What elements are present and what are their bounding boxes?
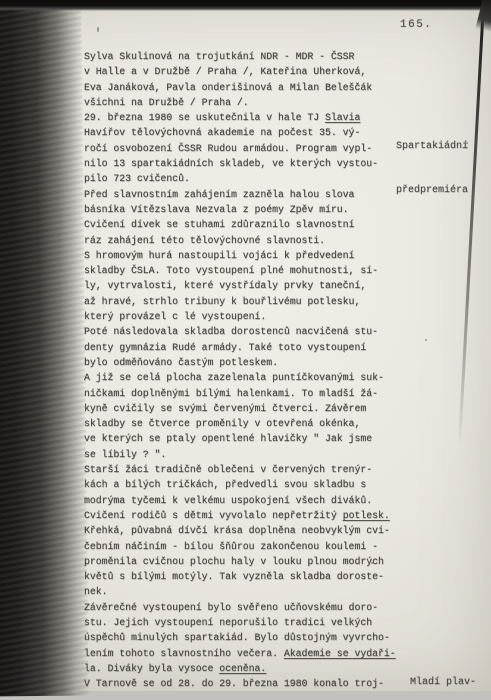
text-segment: lením tohoto slavnostního večera. bbox=[84, 648, 284, 659]
scan-top-edge bbox=[0, 0, 491, 11]
text-line: ly, vytrvalosti, které vystřídaly prvky … bbox=[84, 278, 414, 293]
scan-speck bbox=[371, 562, 373, 564]
text-line: skladby se čtverce proměnily v otevřená … bbox=[84, 416, 414, 431]
underlined-text-segment: oceněna. bbox=[219, 663, 266, 674]
scan-speck bbox=[425, 339, 427, 341]
text-line: denty gymnázia Rudé armády. Také toto vy… bbox=[84, 340, 414, 355]
text-segment: la. Diváky byla vysoce bbox=[84, 663, 219, 674]
text-line: nilo 13 spartakiádních skladeb, ve který… bbox=[84, 156, 414, 171]
text-line: kyně cvičily se svými červenými čtverci.… bbox=[84, 401, 414, 416]
text-line: se líbily ? ". bbox=[84, 447, 414, 462]
text-line: všichni na Družbě / Praha /. bbox=[84, 95, 414, 110]
text-line: ročí osvobození ČSSR Rudou armádou. Prog… bbox=[84, 141, 414, 156]
text-line: pilo 723 cvičenců. bbox=[84, 171, 414, 186]
text-line: který provázel c lé vystoupení. bbox=[84, 309, 414, 324]
text-line: až hravé, strhlo tribuny k bouřlivému po… bbox=[84, 294, 414, 309]
text-line: Závěrečné vystoupení bylo svěřeno učňovs… bbox=[84, 600, 414, 615]
text-line: Před slavnostním zahájením zazněla halou… bbox=[84, 187, 414, 202]
margin-note-spartakiada: Spartakiádní předpremiéra bbox=[396, 111, 468, 228]
text-line: úspěchů minulých spartakiád. Bylo důstoj… bbox=[84, 630, 414, 645]
body-text: Sylva Skulinová na trojutkání NDR - MDR … bbox=[84, 49, 414, 691]
underlined-text-segment: Akademie se vydaři- bbox=[284, 648, 396, 659]
text-line: A již se celá plocha zazelenala puntíčko… bbox=[84, 370, 414, 385]
text-line: Cvičení dívek se stuhami zdůraznilo slav… bbox=[84, 217, 414, 232]
text-line: Křehká, půvabná dívčí krása doplněna neo… bbox=[84, 523, 414, 538]
underlined-text-segment: potlesk. bbox=[343, 510, 390, 521]
text-line: S hromovým hurá nastoupili vojáci k před… bbox=[84, 248, 414, 263]
text-line: čebním náčiním - bílou šňůrou zakončenou… bbox=[84, 539, 414, 554]
scan-speck bbox=[466, 142, 468, 144]
text-line: Havířov tělovýchovná akademie na počest … bbox=[84, 125, 414, 140]
margin-note-line: Spartakiádní bbox=[396, 140, 468, 155]
text-line: la. Diváky byla vysoce oceněna. bbox=[84, 661, 414, 676]
text-line: bylo odměňováno častým potleskem. bbox=[84, 355, 414, 370]
text-line: Starší žáci tradičně oblečeni v červenýc… bbox=[84, 462, 414, 477]
text-line: Poté následovala skladba dorostenců nacv… bbox=[84, 324, 414, 339]
text-segment: 29. března 1980 se uskutečnila v hale TJ bbox=[84, 112, 325, 123]
underlined-text-segment: Slavia bbox=[325, 112, 360, 123]
text-line: lením tohoto slavnostního večera. Akadem… bbox=[84, 646, 414, 661]
text-line: Sylva Skulinová na trojutkání NDR - MDR … bbox=[84, 49, 414, 64]
text-line: ničkami doplněnými bílými halenkami. To … bbox=[84, 386, 414, 401]
text-line: Eva Janáková, Pavla onderišinová a Milan… bbox=[84, 80, 414, 95]
margin-note-line: předpremiéra bbox=[396, 184, 468, 199]
text-line: skladby ČSLA. Toto vystoupení plné mohut… bbox=[84, 263, 414, 278]
text-line: kách a bílých tričkách, předvedli svou s… bbox=[84, 477, 414, 492]
text-line: Cvičení rodičů s dětmi vyvolalo nepřetrž… bbox=[84, 508, 414, 523]
text-line: proměnila cvičnou plochu haly v louku pl… bbox=[84, 554, 414, 569]
text-line: ve kterých se ptaly opentlené hlavičky "… bbox=[84, 431, 414, 446]
text-line: V Tarnově se od 28. do 29. března 1980 k… bbox=[84, 676, 414, 691]
text-line: stu. Jejich vystoupení neporušilo tradic… bbox=[84, 615, 414, 630]
text-line: nek. bbox=[84, 584, 414, 599]
margin-note-mladi-plavci: Mladí plav- bbox=[410, 676, 476, 691]
text-line: modrýma tyčemi k velkému uspokojení všec… bbox=[84, 493, 414, 508]
scan-speck bbox=[97, 27, 99, 32]
text-line: 29. března 1980 se uskutečnila v hale TJ… bbox=[84, 110, 414, 125]
scanned-document-page: 165. Sylva Skulinová na trojutkání NDR -… bbox=[0, 0, 491, 700]
book-gutter-shadow bbox=[0, 0, 89, 696]
text-line: květů s bílými motýly. Tak vyzněla sklad… bbox=[84, 569, 414, 584]
text-line: básníka Vítězslava Nezvala z poémy Zpěv … bbox=[84, 202, 414, 217]
text-line: ráz zahájení této tělovýchovné slavnosti… bbox=[84, 233, 414, 248]
page-number: 165. bbox=[400, 19, 432, 31]
text-line: v Halle a v Družbě / Praha /, Kateřina U… bbox=[84, 64, 414, 79]
text-segment: Cvičení rodičů s dětmi vyvolalo nepřetrž… bbox=[84, 510, 343, 521]
